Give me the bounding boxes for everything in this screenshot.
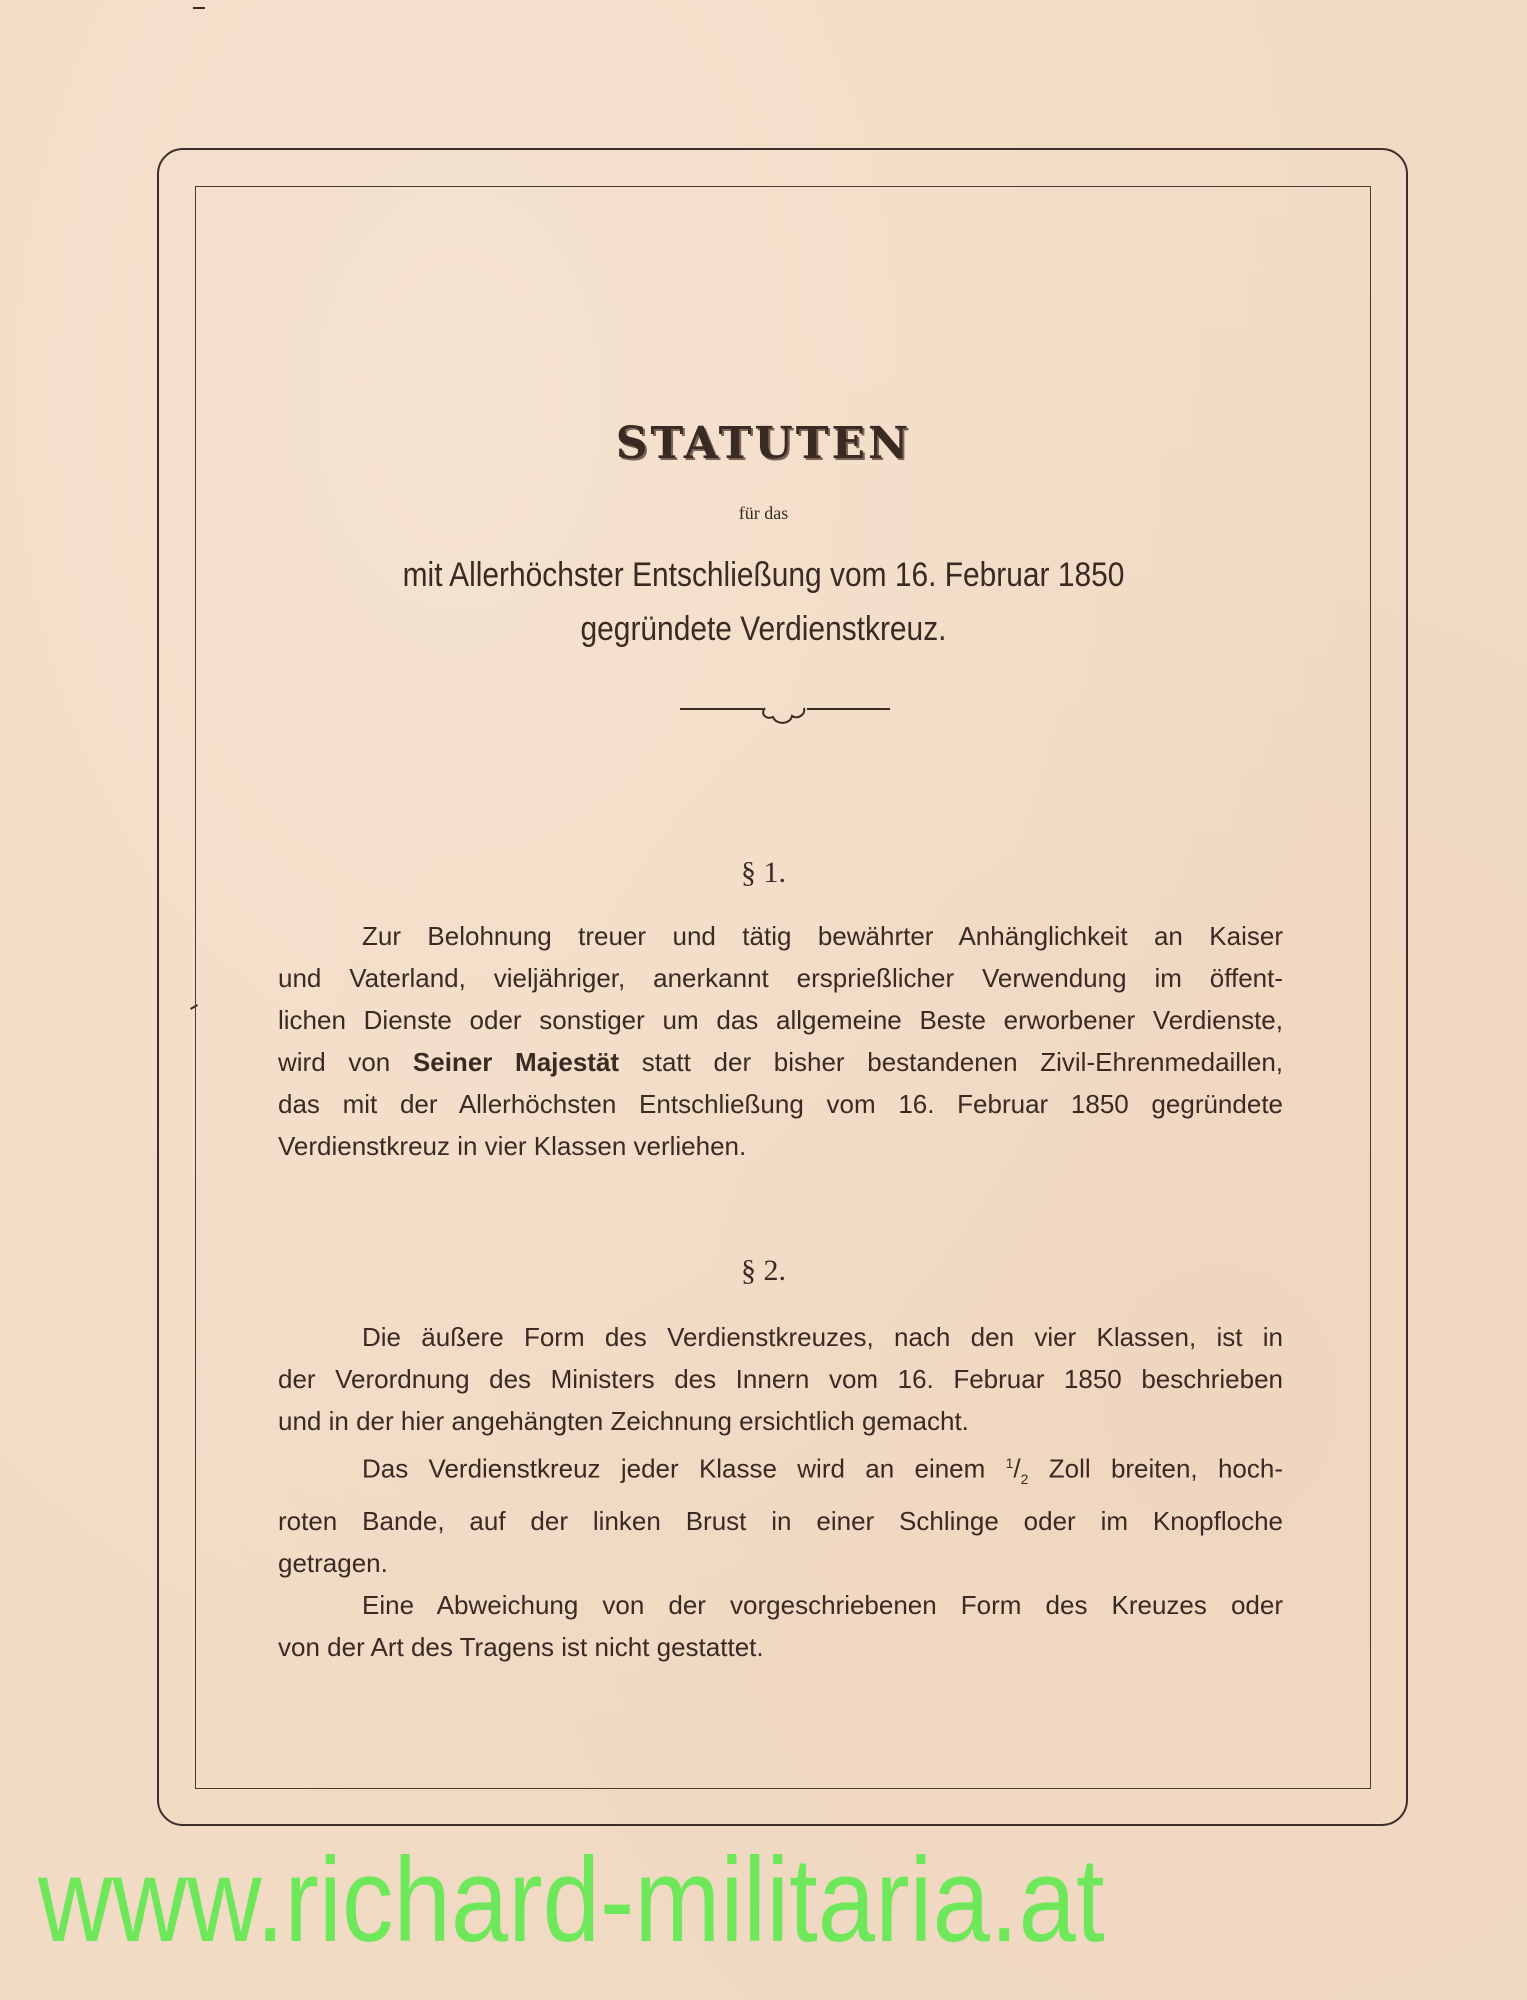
section-2-mark: § 2. <box>0 1254 1527 1288</box>
body-line: Die äußere Form des Verdienstkreuzes, na… <box>278 1316 1283 1358</box>
body-line: Das Verdienstkreuz jeder Klasse wird an … <box>278 1442 1283 1500</box>
document-title: STATUTEN <box>0 418 1527 469</box>
body-line: und Vaterland, vieljähriger, anerkannt e… <box>278 957 1283 999</box>
body-line: und in der hier angehängten Zeichnung er… <box>278 1400 1283 1442</box>
body-line: roten Bande, auf der linken Brust in ein… <box>278 1500 1283 1542</box>
body-line: von der Art des Tragens ist nicht gestat… <box>278 1626 1283 1668</box>
ornamental-divider-icon <box>680 700 890 730</box>
body-line: der Verordnung des Ministers des Innern … <box>278 1358 1283 1400</box>
heading-line-1: mit Allerhöchster Entschließung vom 16. … <box>92 556 1436 595</box>
title-connector: für das <box>0 503 1527 524</box>
text-run: wird von <box>278 1047 413 1077</box>
body-line: Zur Belohnung treuer und tätig bewährter… <box>278 915 1283 957</box>
fraction-slash: / <box>1013 1454 1020 1484</box>
section-2-body: Die äußere Form des Verdienstkreuzes, na… <box>278 1316 1283 1668</box>
page-mark <box>193 7 205 9</box>
emphasis-majestaet: Seiner Majestät <box>413 1047 619 1077</box>
body-line: das mit der Allerhöchsten Entschließung … <box>278 1083 1283 1125</box>
section-1-mark: § 1. <box>0 856 1527 890</box>
text-run: Zoll breiten, hoch- <box>1028 1454 1283 1484</box>
text-run: Das Verdienstkreuz jeder Klasse wird an … <box>362 1454 1006 1484</box>
section-1-body: Zur Belohnung treuer und tätig bewährter… <box>278 915 1283 1167</box>
heading-line-2: gegründete Verdienstkreuz. <box>92 610 1436 649</box>
watermark-url: www.richard-militaria.at <box>38 1830 1285 1970</box>
body-line: Eine Abweichung von der vorgeschriebenen… <box>278 1584 1283 1626</box>
body-line: getragen. <box>278 1542 1283 1584</box>
text-run: statt der bisher bestandenen Zivil-Ehren… <box>619 1047 1283 1077</box>
body-line: wird von Seiner Majestät statt der bishe… <box>278 1041 1283 1083</box>
body-line: Verdienstkreuz in vier Klassen verliehen… <box>278 1125 1283 1167</box>
body-line: lichen Dienste oder sonstiger um das all… <box>278 999 1283 1041</box>
